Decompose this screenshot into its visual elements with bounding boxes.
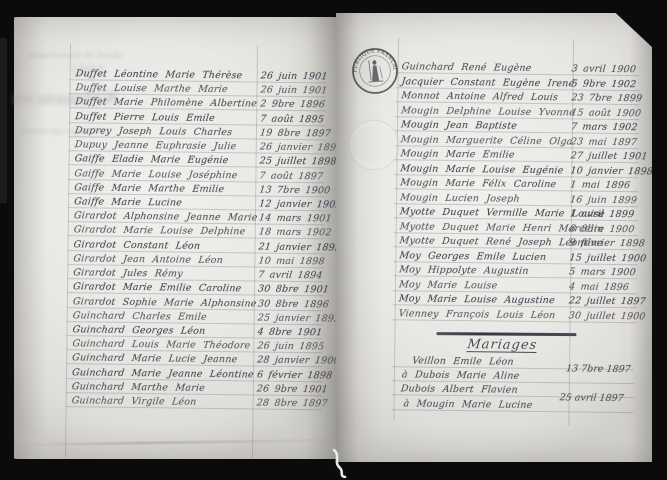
entry-date: 19 8bre 1897	[259, 127, 331, 139]
entry-date: 6 février 1898	[256, 369, 333, 381]
entry-date: 5 mars 1900	[569, 266, 637, 278]
register-row: Vienney François Louis Léon30 juillet 19…	[333, 305, 649, 323]
entry-date: 14 mars 1901	[258, 213, 332, 225]
marriage-date: 25 avril 1897	[559, 392, 624, 404]
marriage-groom: Veillon Emile Léon	[411, 355, 514, 367]
entry-name: Girardot Sophie Marie Alphonsine	[72, 296, 257, 309]
entry-name: Moy Marie Louise	[398, 279, 498, 291]
entry-name: Mougin Jean Baptiste	[400, 119, 517, 131]
entry-name: Moy Hippolyte Augustin	[399, 264, 530, 277]
entry-date: 25 juillet 1898	[259, 156, 337, 168]
scanned-register-photo: Département du Doubs 1901 Naissances Ext…	[0, 0, 667, 480]
entry-date: 7 avril 1894	[258, 270, 324, 282]
entry-date: 7 mars 1902	[570, 121, 638, 133]
entry-date: 16 juin 1899	[569, 194, 637, 206]
entry-name: Gaiffe Eladie Marie Eugénie	[74, 154, 229, 167]
entry-date: 4 mai 1896	[568, 281, 629, 293]
entry-date: 8 8bre 1900	[569, 223, 635, 235]
entry-name: Gaiffe Marie Louise Joséphine	[74, 168, 238, 181]
entry-date: 7 août 1895	[259, 113, 324, 125]
entry-date: 18 mars 1902	[258, 227, 332, 239]
entry-name: Moy Georges Emile Lucien	[399, 250, 547, 263]
entry-date: 30 8bre 1901	[257, 284, 329, 296]
marriage-bride: à Dubois Marie Aline	[401, 369, 520, 381]
marriage-date: 13 7bre 1897	[565, 363, 631, 375]
entry-name: Monnot Antoine Alfred Louis	[401, 90, 559, 103]
entry-date: 30 juillet 1900	[568, 310, 646, 322]
entry-date: 26 juin 1901	[260, 71, 328, 83]
entry-date: 9 février 1898	[569, 237, 646, 249]
entry-name: Duffet Léontine Marie Thérèse	[75, 68, 243, 81]
entry-date: 25 janvier 1893	[257, 312, 341, 324]
entry-date: 23 7bre 1899	[571, 92, 643, 104]
marriage-bride: à Mougin Marie Lucine	[403, 398, 533, 411]
entry-date: 13 7bre 1900	[259, 184, 331, 196]
entry-name: Guinchard Virgile Léon	[71, 395, 197, 408]
entry-name: Guinchard Marthe Marie	[71, 381, 205, 394]
entry-date: 26 juin 1895	[257, 341, 325, 353]
entry-date: 28 8bre 1897	[256, 398, 328, 410]
entry-date: 1 avril 1899	[569, 208, 635, 220]
embossed-seal	[349, 120, 399, 170]
entry-name: Girardot Jean Antoine Léon	[73, 253, 224, 266]
left-register-column: Duffet Léontine Marie Thérèse26 juin 190…	[9, 17, 336, 463]
entry-name: Duffet Pierre Louis Emile	[75, 111, 216, 124]
entry-name: Mougin Lucien Joseph	[399, 192, 520, 204]
entry-name: Mougin Marguerite Céline Olga	[400, 134, 573, 147]
entry-date: 12 janvier 1902	[258, 198, 342, 210]
entry-date: 23 mai 1897	[570, 136, 638, 148]
entry-date: 21 janvier 1893	[258, 241, 342, 253]
section-closing-rule	[436, 332, 576, 336]
entry-name: Guinchard Charles Emile	[72, 310, 207, 323]
entry-name: Moy Marie Louise Augustine	[398, 293, 555, 306]
left-page: Département du Doubs 1901 Naissances Ext…	[14, 17, 336, 459]
republique-francaise-stamp-icon: RÉPUBLIQUE FRANÇAISE	[347, 43, 403, 99]
entry-date: 4 8bre 1901	[257, 326, 323, 338]
entry-name: Mougin Delphine Louise Yvonne	[401, 105, 576, 118]
entry-name: Vienney François Louis Léon	[398, 308, 556, 321]
scan-edge-shadow	[0, 38, 7, 203]
entry-name: Guinchard Georges Léon	[72, 324, 206, 337]
register-row: Guinchard Virgile Léon28 8bre 1897	[10, 393, 332, 411]
entry-name: Mougin Marie Félix Caroline	[400, 177, 557, 190]
entry-name: Gaiffe Marie Lucine	[73, 196, 182, 208]
entry-name: Dupuy Jeanne Euphrasie Julie	[74, 139, 237, 152]
marriage-groom: Dubois Albert Flavien	[400, 383, 518, 395]
entry-date: 30 8bre 1896	[257, 298, 329, 310]
entry-date: 3 avril 1900	[571, 63, 637, 75]
entry-date: 10 mai 1898	[258, 255, 326, 267]
entry-name: Duffet Louise Marthe Marie	[75, 82, 229, 95]
entry-date: 26 janvier 1898	[259, 142, 343, 154]
entry-name: Mougin Marie Louise Eugénie	[400, 163, 564, 176]
entry-date: 10 janvier 1898	[570, 165, 654, 177]
entry-date: 22 juillet 1897	[568, 295, 646, 307]
entry-name: Girardot Jules Rémy	[73, 267, 184, 279]
entry-date: 2 9bre 1896	[260, 99, 326, 111]
entry-date: 26 juin 1901	[260, 85, 328, 97]
entry-date: 1 mai 1896	[570, 179, 631, 191]
marriages-section-title: Mariages	[439, 337, 565, 353]
entry-date: 7 août 1897	[259, 170, 324, 182]
binding-thread	[331, 448, 353, 478]
entry-name: Jacquier Constant Eugène Irené	[401, 76, 575, 89]
entry-date: 15 août 1900	[571, 107, 642, 119]
entry-name: Gaiffe Marie Marthe Emilie	[74, 182, 225, 195]
entry-date: 26 9bre 1901	[256, 383, 328, 395]
entry-date: 5 9bre 1902	[571, 78, 637, 90]
entry-date: 27 juillet 1901	[570, 150, 648, 162]
entry-name: Guinchard Marie Jeanne Léontine	[71, 367, 254, 380]
entry-name: Mougin Marie Emilie	[400, 148, 515, 160]
entry-date: 28 janvier 1900	[257, 355, 341, 367]
entry-name: Duprey Joseph Louis Charles	[74, 125, 233, 138]
entry-date: 15 juillet 1900	[569, 252, 647, 264]
entry-name: Girardot Constant Léon	[73, 239, 201, 252]
entry-name: Guinchard René Eugène	[401, 61, 532, 74]
